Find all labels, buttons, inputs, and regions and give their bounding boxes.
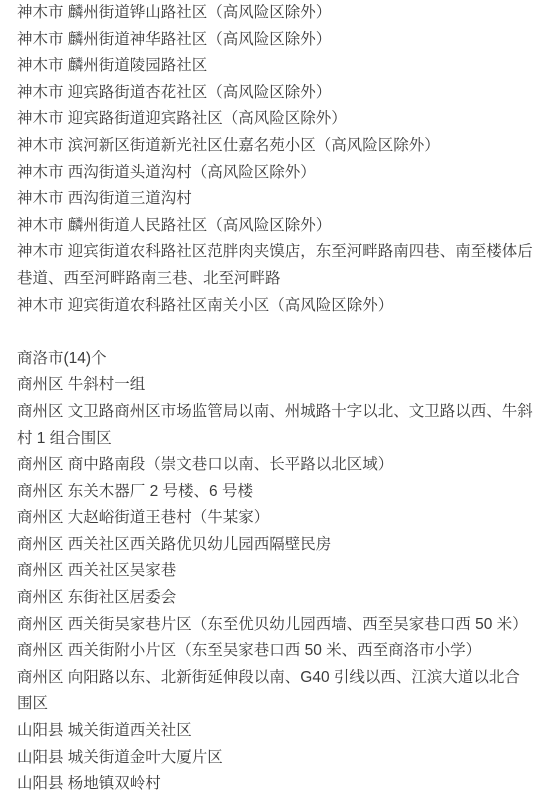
list-line-continuation: 围区 <box>17 691 530 718</box>
section-header-line: 商洛市(14)个 <box>17 346 530 373</box>
list-line-continuation: 巷道、西至河畔路南三巷、北至河畔路 <box>17 266 530 293</box>
list-line: 商州区 西关社区吴家巷 <box>17 558 530 585</box>
list-line: 神木市 西沟街道头道沟村（高风险区除外） <box>17 160 530 187</box>
list-line: 山阳县 城关街道西关社区 <box>17 718 530 745</box>
risk-area-list-page: 神木市 麟州街道铧山路社区（高风险区除外） 神木市 麟州街道神华路社区（高风险区… <box>0 0 546 810</box>
list-line: 商州区 西关街吴家巷片区（东至优贝幼儿园西墙、西至吴家巷口西 50 米） <box>17 612 530 639</box>
list-line: 神木市 麟州街道铧山路社区（高风险区除外） <box>17 0 530 27</box>
list-line: 商州区 东街社区居委会 <box>17 585 530 612</box>
list-line: 神木市 迎宾路街道杏花社区（高风险区除外） <box>17 80 530 107</box>
list-line: 商州区 牛斜村一组 <box>17 372 530 399</box>
list-line: 山阳县 杨地镇双岭村 <box>17 771 530 798</box>
list-line: 商州区 西关街附小片区（东至吴家巷口西 50 米、西至商洛市小学） <box>17 638 530 665</box>
list-line: 山阳县 城关街道金叶大厦片区 <box>17 745 530 772</box>
list-line: 神木市 麟州街道陵园路社区 <box>17 53 530 80</box>
list-line: 商州区 文卫路商州区市场监管局以南、州城路十字以北、文卫路以西、牛斜 <box>17 399 530 426</box>
list-line: 商州区 商中路南段（崇文巷口以南、长平路以北区域） <box>17 452 530 479</box>
list-line: 神木市 麟州街道神华路社区（高风险区除外） <box>17 27 530 54</box>
list-line: 神木市 迎宾街道农科路社区范胖肉夹馍店，东至河畔路南四巷、南至楼体后 <box>17 239 530 266</box>
list-line: 商州区 大赵峪街道王巷村（牛某家） <box>17 505 530 532</box>
list-line: 商州区 东关木器厂 2 号楼、6 号楼 <box>17 479 530 506</box>
section-shangluo: 商洛市(14)个 商州区 牛斜村一组 商州区 文卫路商州区市场监管局以南、州城路… <box>17 346 530 798</box>
list-line-continuation: 村 1 组合围区 <box>17 426 530 453</box>
section-shenmu: 神木市 麟州街道铧山路社区（高风险区除外） 神木市 麟州街道神华路社区（高风险区… <box>17 0 530 319</box>
list-line: 神木市 迎宾路街道迎宾路社区（高风险区除外） <box>17 106 530 133</box>
list-line: 神木市 迎宾街道农科路社区南关小区（高风险区除外） <box>17 293 530 320</box>
list-line: 商州区 西关社区西关路优贝幼儿园西隔壁民房 <box>17 532 530 559</box>
list-line: 神木市 麟州街道人民路社区（高风险区除外） <box>17 213 530 240</box>
list-line: 商州区 向阳路以东、北新街延伸段以南、G40 引线以西、江滨大道以北合 <box>17 665 530 692</box>
list-line: 神木市 西沟街道三道沟村 <box>17 186 530 213</box>
list-line: 神木市 滨河新区街道新光社区仕嘉名苑小区（高风险区除外） <box>17 133 530 160</box>
